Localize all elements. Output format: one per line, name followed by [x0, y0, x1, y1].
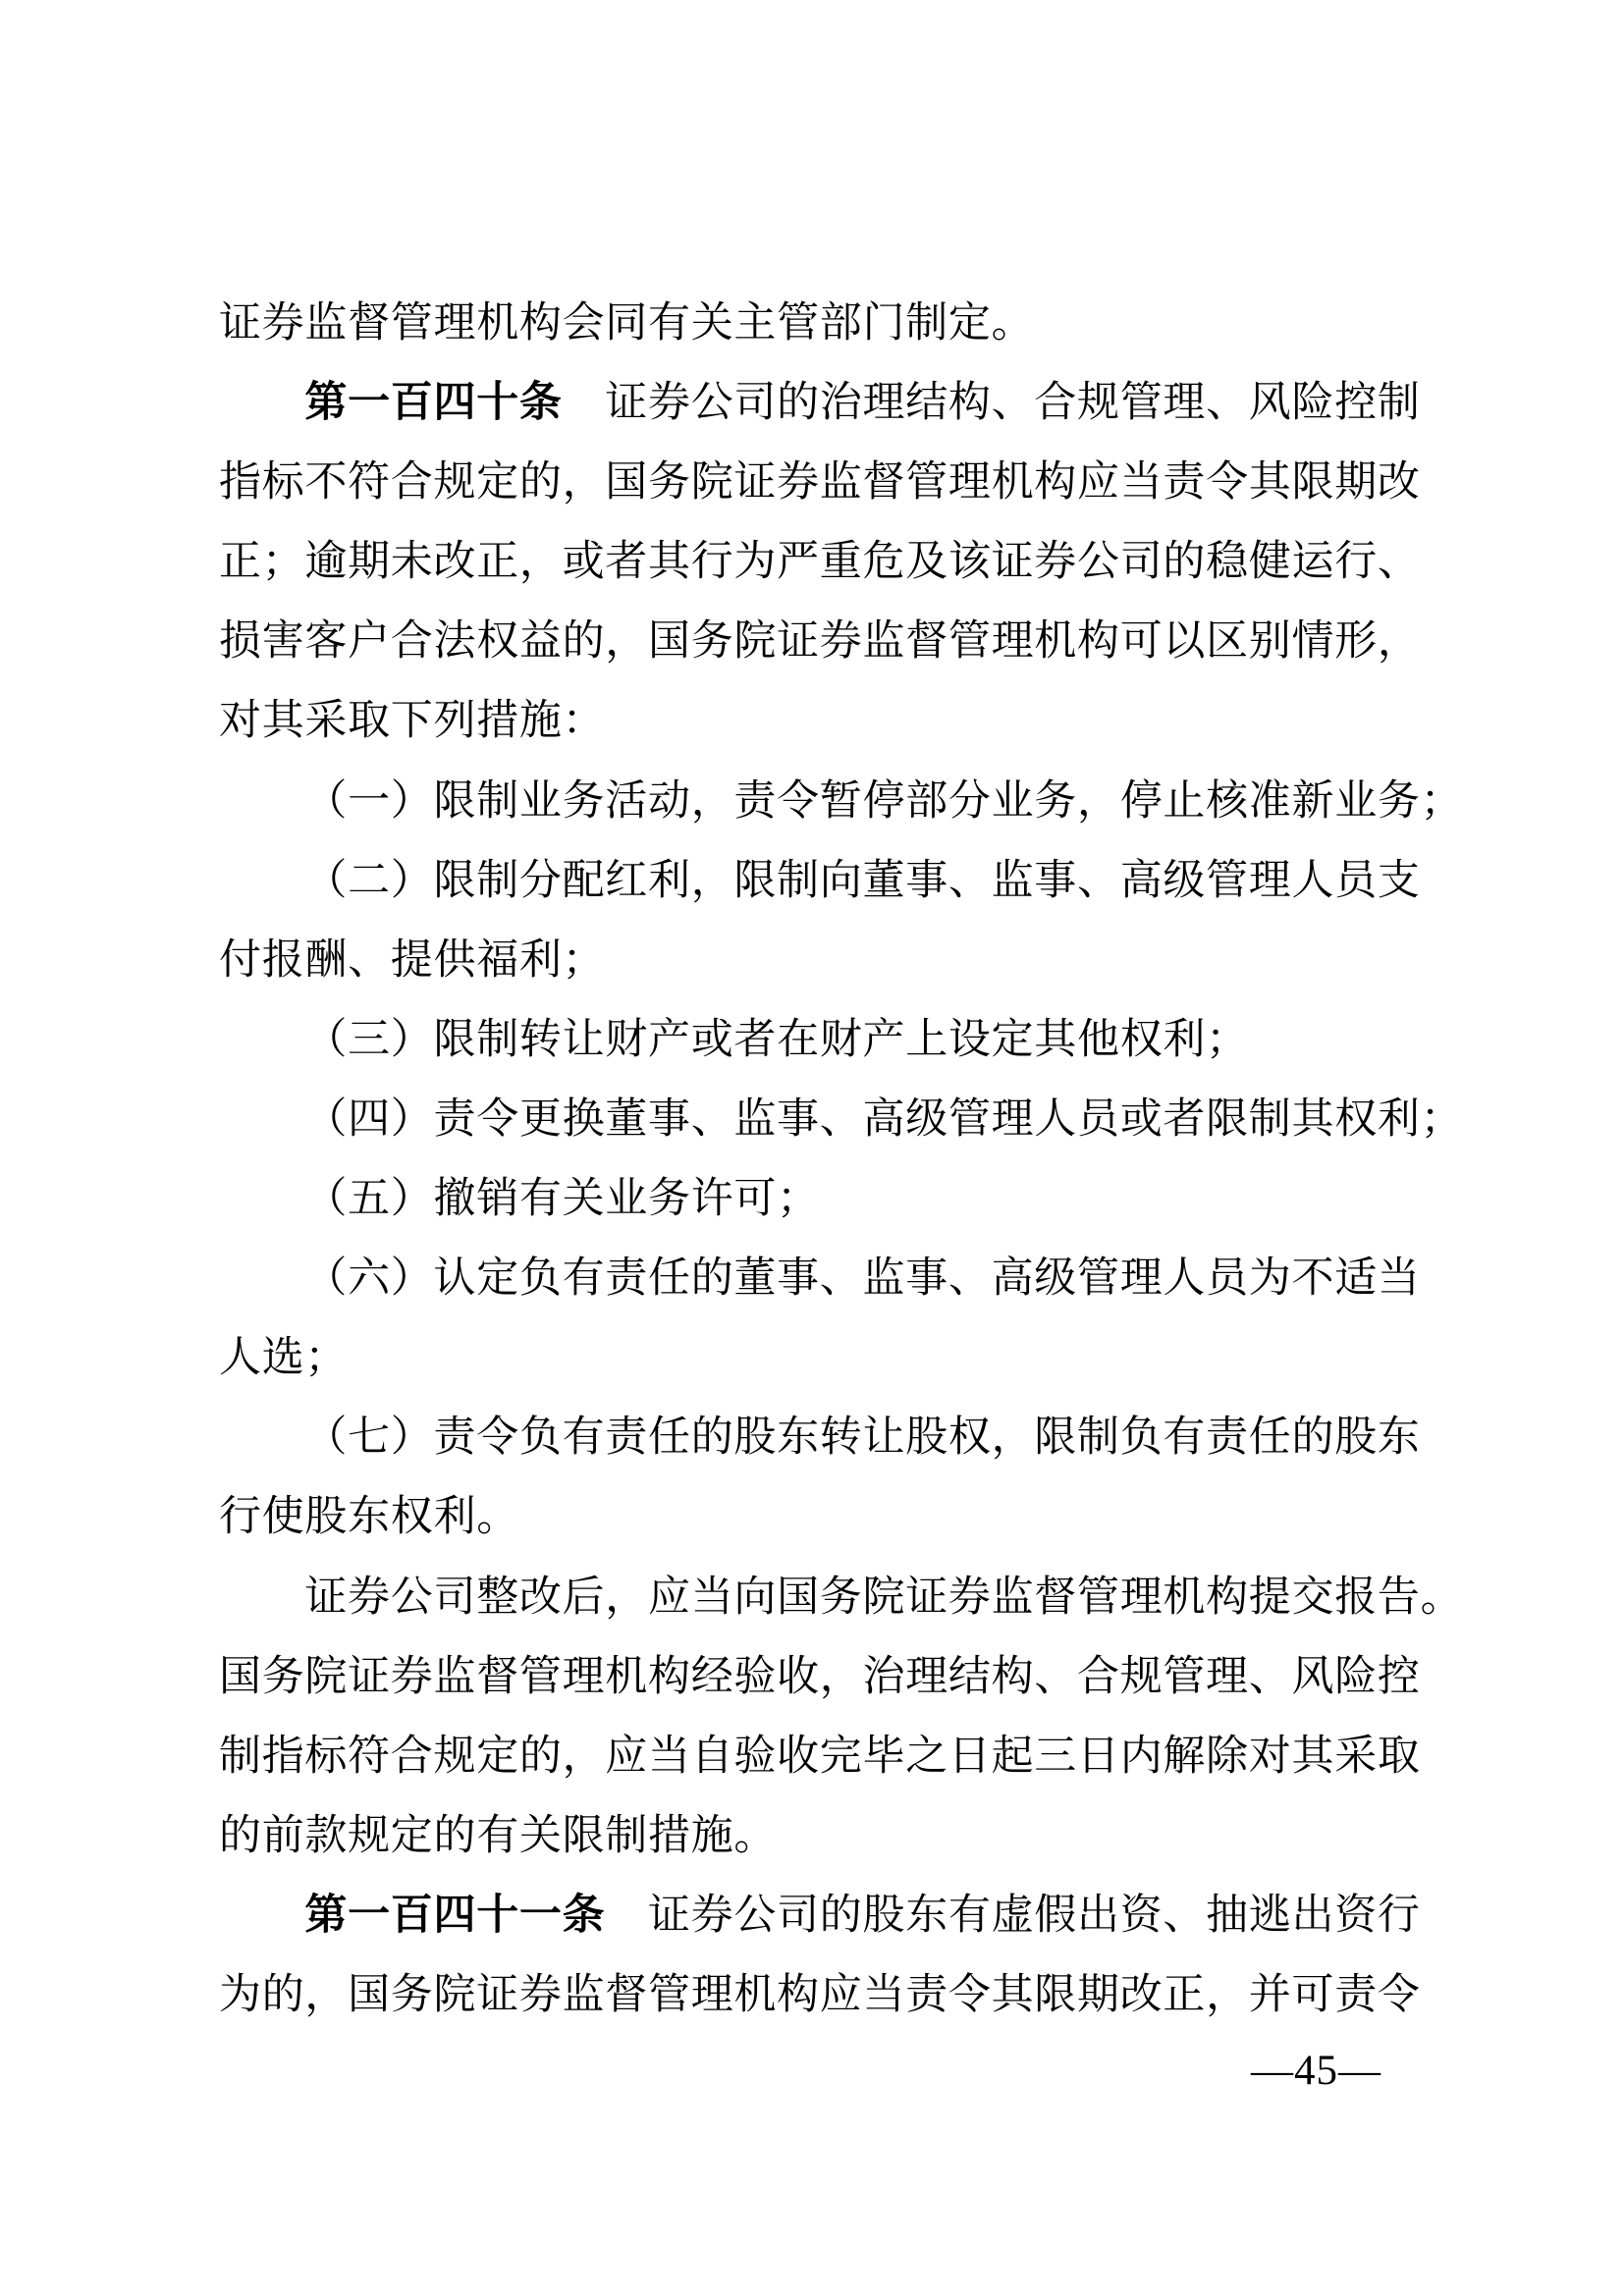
- text-line: 证券监督管理机构会同有关主管部门制定。: [219, 284, 1421, 363]
- text-run: 正；逾期未改正，或者其行为严重危及该证券公司的稳健运行、: [219, 539, 1421, 585]
- text-run: 国务院证券监督管理机构经验收，治理结构、合规管理、风险控: [219, 1654, 1421, 1700]
- text-line: （七）责令负有责任的股东转让股权，限制负有责任的股东: [219, 1398, 1421, 1477]
- text-run: （五）撤销有关业务许可；: [304, 1176, 819, 1222]
- text-line: 的前款规定的有关限制措施。: [219, 1796, 1421, 1876]
- page-number: —45—: [219, 2050, 1421, 2093]
- text-line: （四）责令更换董事、监事、高级管理人员或者限制其权利；: [219, 1080, 1421, 1159]
- document-page: 证券监督管理机构会同有关主管部门制定。第一百四十条 证券公司的治理结构、合规管理…: [0, 0, 1624, 2296]
- text-line: 证券公司整改后，应当向国务院证券监督管理机构提交报告。: [219, 1558, 1421, 1637]
- text-line: 指标不符合规定的，国务院证券监督管理机构应当责令其限期改: [219, 443, 1421, 522]
- text-line: 第一百四十一条 证券公司的股东有虚假出资、抽逃出资行: [219, 1876, 1421, 1955]
- text-run: （四）责令更换董事、监事、高级管理人员或者限制其权利；: [304, 1096, 1463, 1143]
- text-run: （六）认定负有责任的董事、监事、高级管理人员为不适当: [304, 1255, 1420, 1302]
- text-line: 损害客户合法权益的，国务院证券监督管理机构可以区别情形，: [219, 602, 1421, 681]
- text-line: （六）认定负有责任的董事、监事、高级管理人员为不适当: [219, 1239, 1421, 1318]
- text-run: （三）限制转让财产或者在财产上设定其他权利；: [304, 1017, 1248, 1063]
- text-run: 行使股东权利。: [219, 1494, 519, 1540]
- text-line: 第一百四十条 证券公司的治理结构、合规管理、风险控制: [219, 363, 1421, 443]
- text-line: 正；逾期未改正，或者其行为严重危及该证券公司的稳健运行、: [219, 522, 1421, 602]
- text-line: 制指标符合规定的，应当自验收完毕之日起三日内解除对其采取: [219, 1717, 1421, 1796]
- text-run: 为的，国务院证券监督管理机构应当责令其限期改正，并可责令: [219, 1972, 1421, 2018]
- text-run: 证券公司的治理结构、合规管理、风险控制: [563, 380, 1421, 426]
- text-line: 对其采取下列措施：: [219, 681, 1421, 761]
- text-line: 行使股东权利。: [219, 1477, 1421, 1557]
- text-run: 付报酬、提供福利；: [219, 937, 605, 984]
- text-run: （七）责令负有责任的股东转让股权，限制负有责任的股东: [304, 1415, 1420, 1461]
- text-run: 对其采取下列措施：: [219, 698, 605, 744]
- text-line: 人选；: [219, 1318, 1421, 1398]
- text-line: 付报酬、提供福利；: [219, 921, 1421, 1000]
- article-number: 第一百四十条: [304, 379, 562, 426]
- text-line: 国务院证券监督管理机构经验收，治理结构、合规管理、风险控: [219, 1637, 1421, 1717]
- article-number: 第一百四十一条: [304, 1892, 605, 1939]
- text-run: 证券公司整改后，应当向国务院证券监督管理机构提交报告。: [304, 1575, 1463, 1621]
- text-run: 人选；: [219, 1335, 348, 1381]
- text-line: （五）撤销有关业务许可；: [219, 1159, 1421, 1239]
- text-block: 证券监督管理机构会同有关主管部门制定。第一百四十条 证券公司的治理结构、合规管理…: [219, 284, 1421, 2035]
- text-line: （一）限制业务活动，责令暂停部分业务，停止核准新业务；: [219, 762, 1421, 841]
- text-run: （一）限制业务活动，责令暂停部分业务，停止核准新业务；: [304, 778, 1463, 825]
- text-run: 损害客户合法权益的，国务院证券监督管理机构可以区别情形，: [219, 618, 1421, 665]
- text-run: 的前款规定的有关限制措施。: [219, 1813, 777, 1859]
- text-line: （二）限制分配红利，限制向董事、监事、高级管理人员支: [219, 841, 1421, 921]
- text-run: （二）限制分配红利，限制向董事、监事、高级管理人员支: [304, 858, 1420, 904]
- text-line: 为的，国务院证券监督管理机构应当责令其限期改正，并可责令: [219, 1955, 1421, 2035]
- text-run: 证券监督管理机构会同有关主管部门制定。: [219, 300, 1034, 347]
- text-run: 指标不符合规定的，国务院证券监督管理机构应当责令其限期改: [219, 459, 1421, 506]
- text-run: 证券公司的股东有虚假出资、抽逃出资行: [605, 1893, 1420, 1939]
- text-run: 制指标符合规定的，应当自验收完毕之日起三日内解除对其采取: [219, 1734, 1421, 1780]
- text-line: （三）限制转让财产或者在财产上设定其他权利；: [219, 1000, 1421, 1080]
